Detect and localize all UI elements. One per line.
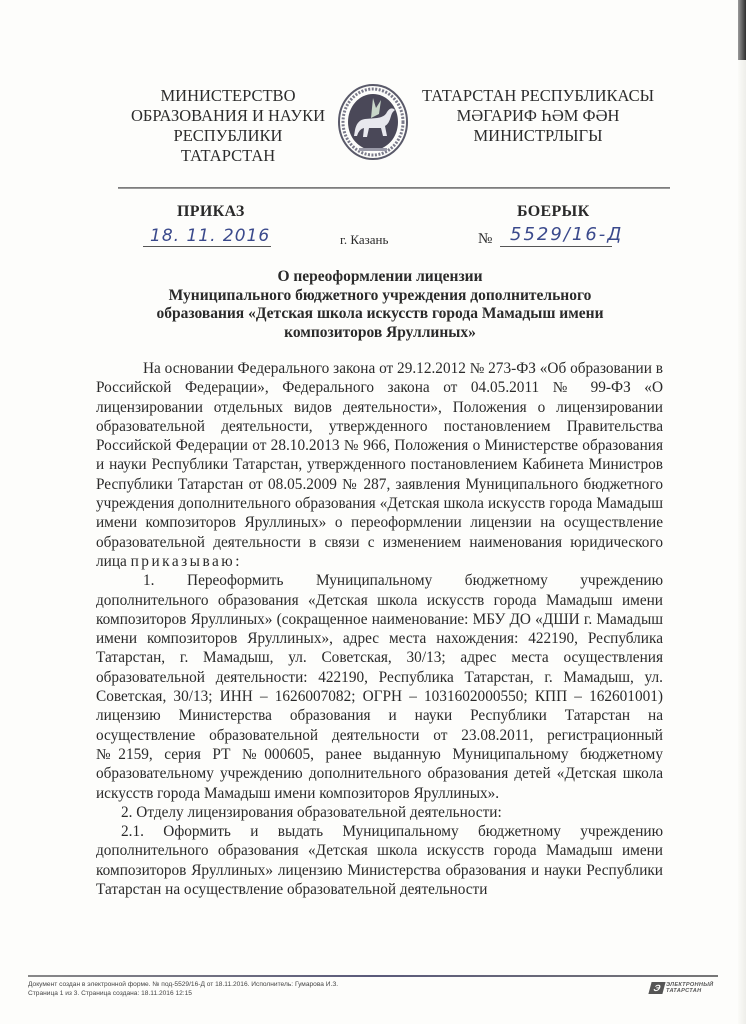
subject-line: О переоформлении лицензии <box>130 268 630 287</box>
item-2-paragraph: 2. Отделу лицензирования образовательной… <box>96 803 663 822</box>
order-subject: О переоформлении лицензии Муниципального… <box>130 268 630 342</box>
letterhead-divider <box>118 187 670 189</box>
date-underline <box>143 246 271 247</box>
number-sign: № <box>478 231 492 248</box>
electronic-tatarstan-logo-icon: Э ЭЛЕКТРОННЫЙ ТАТАРСТАН <box>650 982 713 994</box>
number-underline <box>500 246 612 247</box>
footer-divider <box>28 975 718 977</box>
logo-words: ЭЛЕКТРОННЫЙ ТАТАРСТАН <box>666 982 713 994</box>
letterhead-tt: ТАТАРСТАН РЕСПУБЛИКАСЫ МӘГАРИФ ҺӘМ ФӘН М… <box>418 86 658 146</box>
order-word: приказываю: <box>131 553 242 570</box>
letterhead-ru: МИНИСТЕРСТВО ОБРАЗОВАНИЯ И НАУКИ РЕСПУБЛ… <box>128 86 328 166</box>
order-title-tt: БОЕРЫК <box>517 203 589 221</box>
footer-line-1: Документ создан в электронной форме. № п… <box>28 981 338 990</box>
scan-edge <box>738 60 746 1024</box>
subject-line: Муниципального бюджетного учреждения доп… <box>130 287 630 306</box>
tatarstan-coat-of-arms-icon <box>337 82 409 162</box>
letterhead-ru-line: ОБРАЗОВАНИЯ И НАУКИ <box>128 106 328 126</box>
letterhead-tt-line: ТАТАРСТАН РЕСПУБЛИКАСЫ <box>418 86 658 106</box>
order-body: На основании Федерального закона от 29.1… <box>96 359 663 899</box>
preamble-paragraph: На основании Федерального закона от 29.1… <box>96 359 663 571</box>
order-city: г. Казань <box>340 232 388 248</box>
order-title-ru: ПРИКАЗ <box>177 203 245 221</box>
document-page: МИНИСТЕРСТВО ОБРАЗОВАНИЯ И НАУКИ РЕСПУБЛ… <box>0 0 746 1024</box>
subject-line: композиторов Яруллиных» <box>130 324 630 343</box>
letterhead-tt-line: МӘГАРИФ ҺӘМ ФӘН <box>418 106 658 126</box>
footer-line-2: Страница 1 из 3. Страница создана: 18.11… <box>28 990 338 999</box>
letterhead-tt-line: МИНИСТРЛЫГЫ <box>418 126 658 146</box>
item-2-1-paragraph: 2.1. Оформить и выдать Муниципальному бю… <box>96 822 663 899</box>
letterhead-ru-line: МИНИСТЕРСТВО <box>128 86 328 106</box>
scan-shadow <box>738 0 746 60</box>
subject-line: образования «Детская школа искусств горо… <box>130 305 630 324</box>
footer-meta: Документ создан в электронной форме. № п… <box>28 981 338 998</box>
item-1-paragraph: 1. Переоформить Муниципальному бюджетном… <box>96 571 663 803</box>
logo-line-2: ТАТАРСТАН <box>666 988 713 994</box>
order-date: 18. 11. 2016 <box>150 226 270 246</box>
order-number: 5529/16-Д <box>510 224 623 245</box>
logo-mark-icon: Э <box>648 982 665 994</box>
letterhead-ru-line: РЕСПУБЛИКИ ТАТАРСТАН <box>128 126 328 166</box>
preamble-text: На основании Федерального закона от 29.1… <box>96 360 663 570</box>
